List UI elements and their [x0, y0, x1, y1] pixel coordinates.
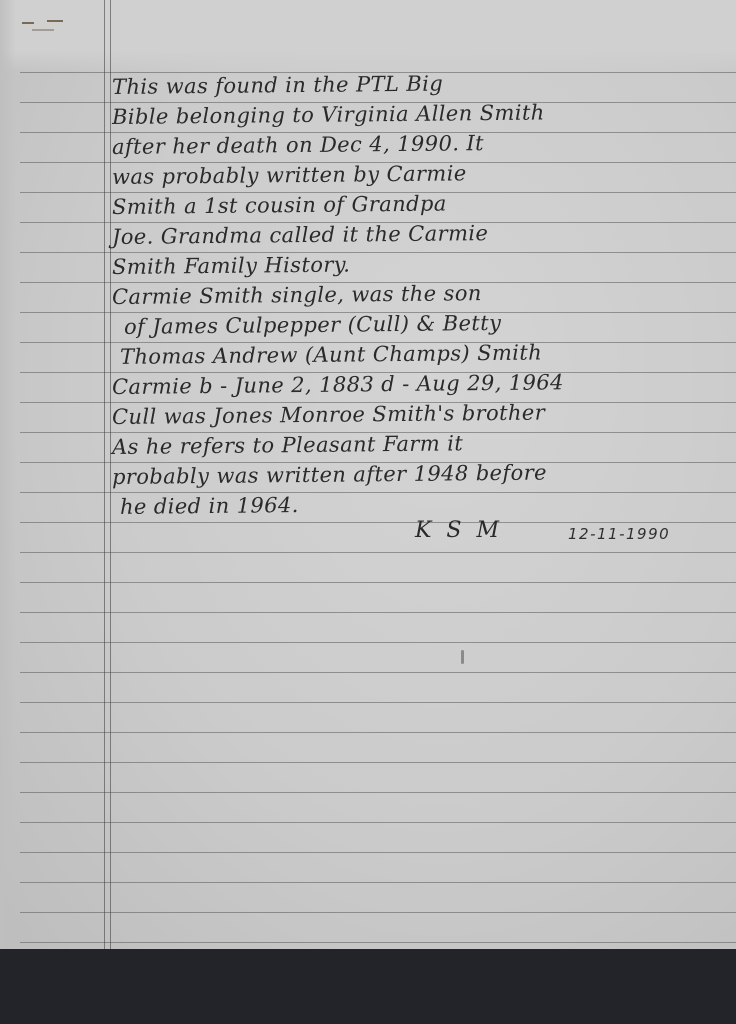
signature-initials: K S M	[415, 518, 503, 543]
ruled-paper-page: This was found in the PTL Big Bible belo…	[0, 0, 736, 949]
signature-date: 12-11-1990	[568, 525, 670, 543]
note-line: he died in 1964.	[112, 486, 722, 522]
handwritten-note: This was found in the PTL Big Bible belo…	[112, 72, 722, 522]
ink-smudge	[461, 650, 464, 664]
staple-mark	[22, 16, 67, 32]
margin-line-right	[110, 0, 111, 949]
margin-line-left	[104, 0, 105, 949]
